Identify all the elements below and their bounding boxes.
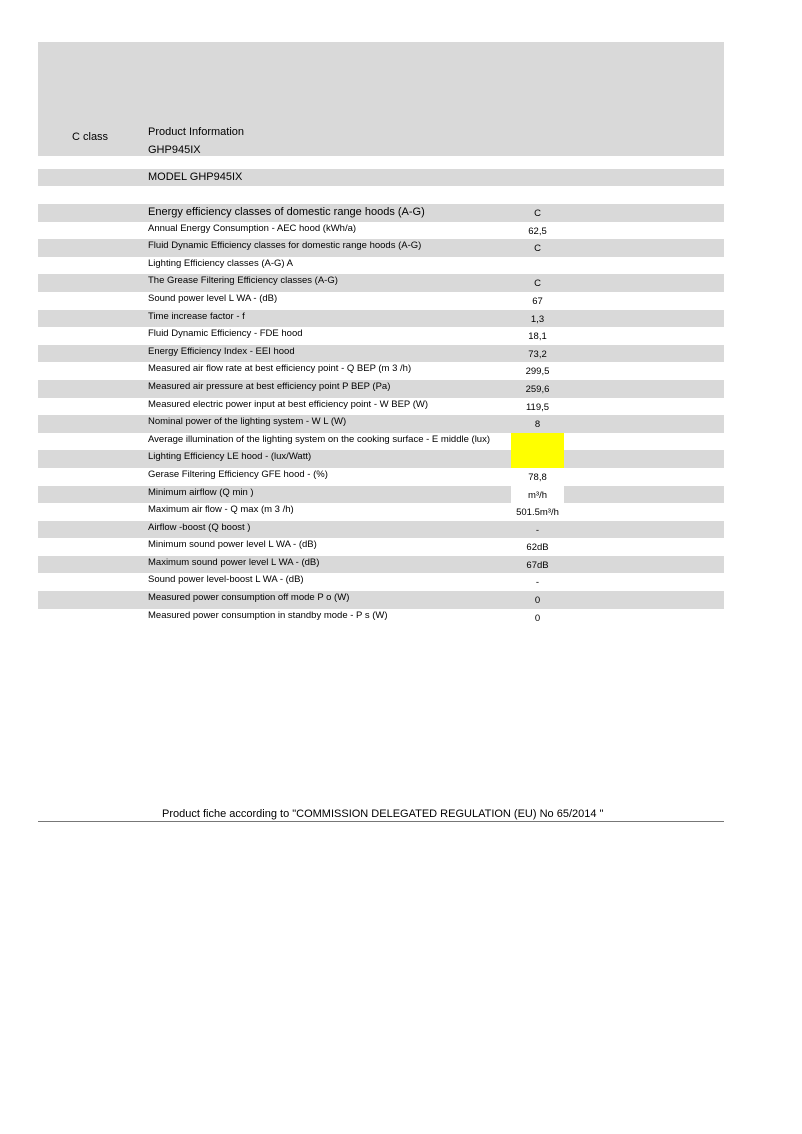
row-label: Lighting Efficiency LE hood - (lux/Watt) bbox=[148, 451, 311, 462]
row-value: 299,5 bbox=[511, 366, 564, 377]
row-label: Minimum airflow (Q min ) bbox=[148, 487, 254, 498]
row-label: Maximum air flow - Q max (m 3 /h) bbox=[148, 504, 294, 515]
row-label: Gerase Filtering Efficiency GFE hood - (… bbox=[148, 469, 328, 480]
row-label: Measured power consumption off mode P o … bbox=[148, 592, 349, 603]
table-row: Time increase factor - f1,3 bbox=[38, 310, 724, 328]
row-label: Energy Efficiency Index - EEI hood bbox=[148, 346, 295, 357]
table-row: Measured air pressure at best efficiency… bbox=[38, 380, 724, 398]
row-value: 67 bbox=[511, 296, 564, 307]
row-label: Airflow -boost (Q boost ) bbox=[148, 522, 250, 533]
table-row: Minimum airflow (Q min )m³/h bbox=[38, 486, 724, 504]
row-value: 62dB bbox=[511, 542, 564, 553]
table-row: Nominal power of the lighting system - W… bbox=[38, 415, 724, 433]
row-label: The Grease Filtering Efficiency classes … bbox=[148, 275, 338, 286]
table-row: Energy Efficiency Index - EEI hood73,2 bbox=[38, 345, 724, 363]
product-code: GHP945IX bbox=[148, 144, 201, 156]
row-value: 501.5m³/h bbox=[511, 507, 564, 518]
table-row: Measured air flow rate at best efficienc… bbox=[38, 362, 724, 380]
product-information-label: Product Information bbox=[148, 126, 244, 138]
table-row: The Grease Filtering Efficiency classes … bbox=[38, 274, 724, 292]
row-value: - bbox=[511, 525, 564, 536]
row-value: 1,3 bbox=[511, 314, 564, 325]
table-row: Gerase Filtering Efficiency GFE hood - (… bbox=[38, 468, 724, 486]
row-value: 62,5 bbox=[511, 226, 564, 237]
row-label: Measured power consumption in standby mo… bbox=[148, 610, 388, 621]
table-row: Maximum sound power level L WA - (dB)67d… bbox=[38, 556, 724, 574]
table-row: Sound power level L WA - (dB)67 bbox=[38, 292, 724, 310]
table-row: Maximum air flow - Q max (m 3 /h)501.5m³… bbox=[38, 503, 724, 521]
row-value: 18,1 bbox=[511, 331, 564, 342]
table-row: Lighting Efficiency classes (A-G) A bbox=[38, 257, 724, 275]
highlighted-value-cell bbox=[511, 450, 564, 468]
row-label: Minimum sound power level L WA - (dB) bbox=[148, 539, 317, 550]
header-block bbox=[38, 42, 724, 156]
row-value: 8 bbox=[511, 419, 564, 430]
row-label: Time increase factor - f bbox=[148, 311, 245, 322]
row-label: Nominal power of the lighting system - W… bbox=[148, 416, 346, 427]
row-label: Measured electric power input at best ef… bbox=[148, 399, 428, 410]
row-value: m³/h bbox=[511, 490, 564, 501]
row-label: Lighting Efficiency classes (A-G) A bbox=[148, 258, 293, 269]
row-value: C bbox=[511, 208, 564, 219]
row-label: Fluid Dynamic Efficiency classes for dom… bbox=[148, 240, 421, 251]
row-value: - bbox=[511, 577, 564, 588]
table-row: Measured power consumption off mode P o … bbox=[38, 591, 724, 609]
table-row: Average illumination of the lighting sys… bbox=[38, 433, 724, 451]
highlighted-value-cell bbox=[511, 433, 564, 451]
table-row: Lighting Efficiency LE hood - (lux/Watt) bbox=[38, 450, 724, 468]
row-value: C bbox=[511, 243, 564, 254]
row-value: C bbox=[511, 278, 564, 289]
row-value: 0 bbox=[511, 595, 564, 606]
row-label: Annual Energy Consumption - AEC hood (kW… bbox=[148, 223, 356, 234]
spec-table: Energy efficiency classes of domestic ra… bbox=[38, 204, 724, 626]
row-value: 0 bbox=[511, 613, 564, 624]
row-value: 259,6 bbox=[511, 384, 564, 395]
energy-class-label: C class bbox=[72, 131, 108, 143]
table-row: Fluid Dynamic Efficiency classes for dom… bbox=[38, 239, 724, 257]
table-row: Energy efficiency classes of domestic ra… bbox=[38, 204, 724, 222]
row-value: 67dB bbox=[511, 560, 564, 571]
model-label: MODEL GHP945IX bbox=[148, 171, 242, 183]
model-row: MODEL GHP945IX bbox=[38, 169, 724, 186]
row-label: Sound power level-boost L WA - (dB) bbox=[148, 574, 304, 585]
row-value: 119,5 bbox=[511, 402, 564, 413]
row-label: Average illumination of the lighting sys… bbox=[148, 434, 490, 445]
table-row: Measured power consumption in standby mo… bbox=[38, 609, 724, 627]
row-label: Fluid Dynamic Efficiency - FDE hood bbox=[148, 328, 303, 339]
footer-divider bbox=[38, 821, 724, 822]
row-value: 73,2 bbox=[511, 349, 564, 360]
row-value: 78,8 bbox=[511, 472, 564, 483]
row-label: Measured air pressure at best efficiency… bbox=[148, 381, 390, 392]
footer-regulation-text: Product fiche according to "COMMISSION D… bbox=[162, 808, 603, 820]
table-row: Airflow -boost (Q boost )- bbox=[38, 521, 724, 539]
row-label: Measured air flow rate at best efficienc… bbox=[148, 363, 411, 374]
table-row: Fluid Dynamic Efficiency - FDE hood18,1 bbox=[38, 327, 724, 345]
table-row: Minimum sound power level L WA - (dB)62d… bbox=[38, 538, 724, 556]
table-row: Measured electric power input at best ef… bbox=[38, 398, 724, 416]
row-label: Maximum sound power level L WA - (dB) bbox=[148, 557, 319, 568]
table-row: Annual Energy Consumption - AEC hood (kW… bbox=[38, 222, 724, 240]
row-label: Sound power level L WA - (dB) bbox=[148, 293, 277, 304]
row-label: Energy efficiency classes of domestic ra… bbox=[148, 206, 425, 218]
table-row: Sound power level-boost L WA - (dB)- bbox=[38, 573, 724, 591]
